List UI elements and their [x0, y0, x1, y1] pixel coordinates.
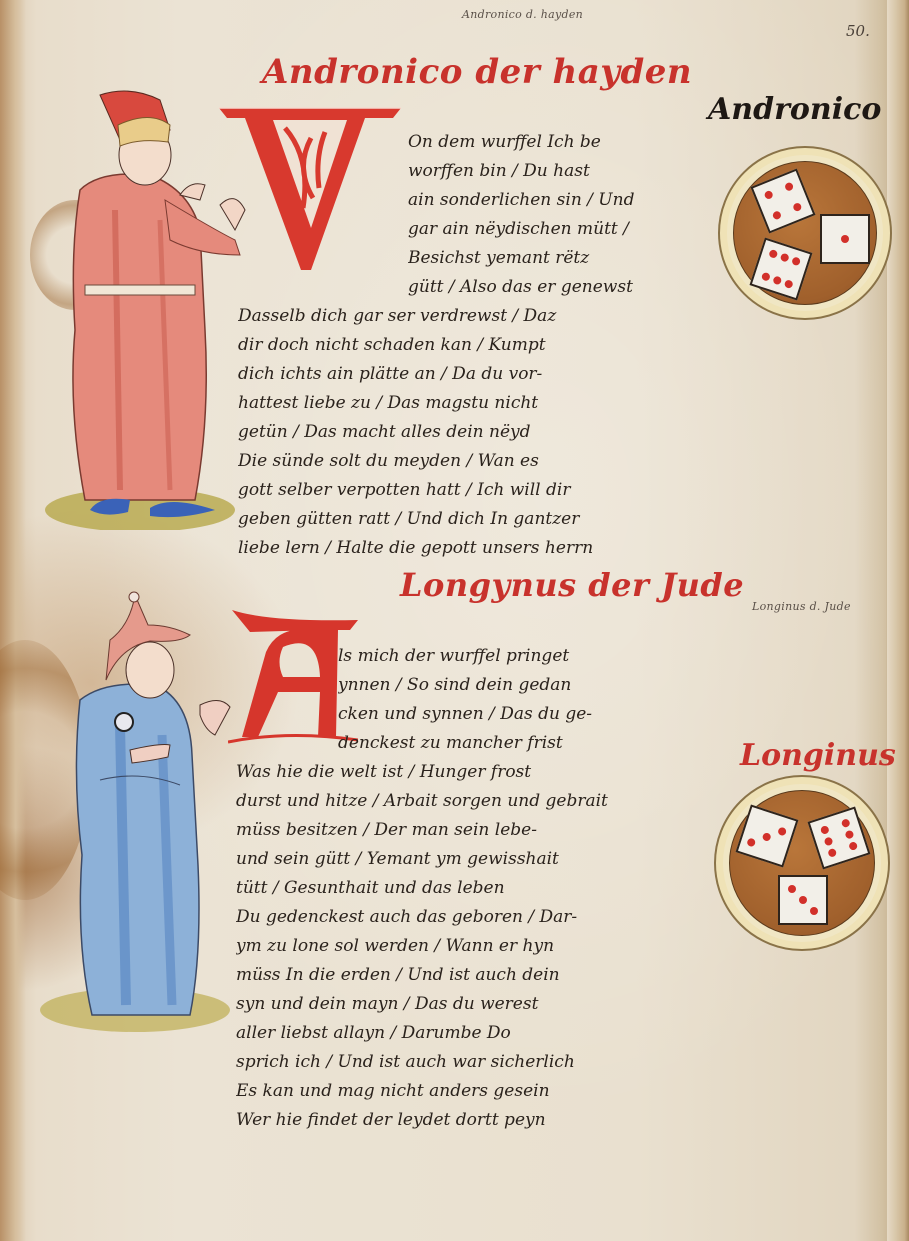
text-line: und sein gütt / Yemant ym gewisshait: [236, 845, 716, 874]
margin-name-andronico: Andronico: [708, 92, 881, 127]
text-line: ynnen / So sind dein gedan: [338, 671, 718, 700]
text-line: tütt / Gesunthait und das leben: [236, 874, 716, 903]
text-line: Was hie die welt ist / Hunger frost: [236, 758, 716, 787]
page-left-edge: [0, 0, 26, 1241]
text-line: ain sonderlichen sin / Und: [408, 186, 708, 215]
section-heading-longynus: Longynus der Jude: [400, 566, 744, 604]
text-line: müss In die erden / Und ist auch dein: [236, 961, 716, 990]
text-block-andronico: On dem wurffel Ich be worffen bin / Du h…: [408, 128, 708, 302]
text-line: worffen bin / Du hast: [408, 157, 708, 186]
text-line: getün / Das macht alles dein nëyd: [238, 418, 708, 447]
text-line: müss besitzen / Der man sein lebe-: [236, 816, 716, 845]
margin-name-longinus: Longinus: [740, 738, 896, 773]
text-line: syn und dein mayn / Das du werest: [236, 990, 716, 1019]
text-line: dir doch nicht schaden kan / Kumpt: [238, 331, 708, 360]
text-line: On dem wurffel Ich be: [408, 128, 708, 157]
text-line: Du gedenckest auch das geboren / Dar-: [236, 903, 716, 932]
text-block-longynus-lower: Was hie die welt ist / Hunger frost durs…: [236, 758, 716, 1135]
text-line: Die sünde solt du meyden / Wan es: [238, 447, 708, 476]
text-line: cken und synnen / Das du ge-: [338, 700, 718, 729]
text-line: gott selber verpotten hatt / Ich will di…: [238, 476, 708, 505]
die-face-1: [820, 214, 870, 264]
text-line: durst und hitze / Arbait sorgen und gebr…: [236, 787, 716, 816]
text-line: ym zu lone sol werden / Wann er hyn: [236, 932, 716, 961]
text-line: hattest liebe zu / Das magstu nicht: [238, 389, 708, 418]
dice-medallion-andronico: [718, 146, 892, 320]
text-line: dich ichts ain plätte an / Da du vor-: [238, 360, 708, 389]
text-line: denckest zu mancher frist: [338, 729, 718, 758]
text-line: gar ain nëydischen mütt /: [408, 215, 708, 244]
text-line: Besichst yemant rëtz: [408, 244, 708, 273]
text-line: Wer hie findet der leydet dortt peyn: [236, 1106, 716, 1135]
margin-pencil-note-longinus: Longinus d. Jude: [752, 600, 851, 613]
figure-blue-robe-icon: [40, 585, 250, 1050]
top-pencil-note: Andronico d. hayden: [462, 8, 583, 21]
section-heading-andronico: Andronico der hayden: [262, 52, 692, 92]
text-line: Es kan und mag nicht anders gesein: [236, 1077, 716, 1106]
text-block-andronico-lower: Dasselb dich gar ser verdrewst / Daz dir…: [238, 302, 708, 563]
text-line: geben gütten ratt / Und dich In gantzer: [238, 505, 708, 534]
text-line: gütt / Also das er genewst: [408, 273, 708, 302]
manuscript-page: Andronico d. hayden 50. Andronico der ha…: [0, 0, 909, 1241]
die-face-3: [778, 875, 828, 925]
page-right-edge: [886, 0, 909, 1241]
text-line: sprich ich / Und ist auch war sicherlich: [236, 1048, 716, 1077]
text-block-longynus: ls mich der wurffel pringet ynnen / So s…: [338, 642, 718, 758]
text-line: liebe lern / Halte die gepott unsers her…: [238, 534, 708, 563]
text-line: ls mich der wurffel pringet: [338, 642, 718, 671]
text-line: Dasselb dich gar ser verdrewst / Daz: [238, 302, 708, 331]
folio-number: 50.: [846, 22, 870, 40]
text-line: aller liebst allayn / Darumbe Do: [236, 1019, 716, 1048]
figure-red-robe-icon: [40, 80, 250, 530]
dice-medallion-longinus: [714, 775, 890, 951]
